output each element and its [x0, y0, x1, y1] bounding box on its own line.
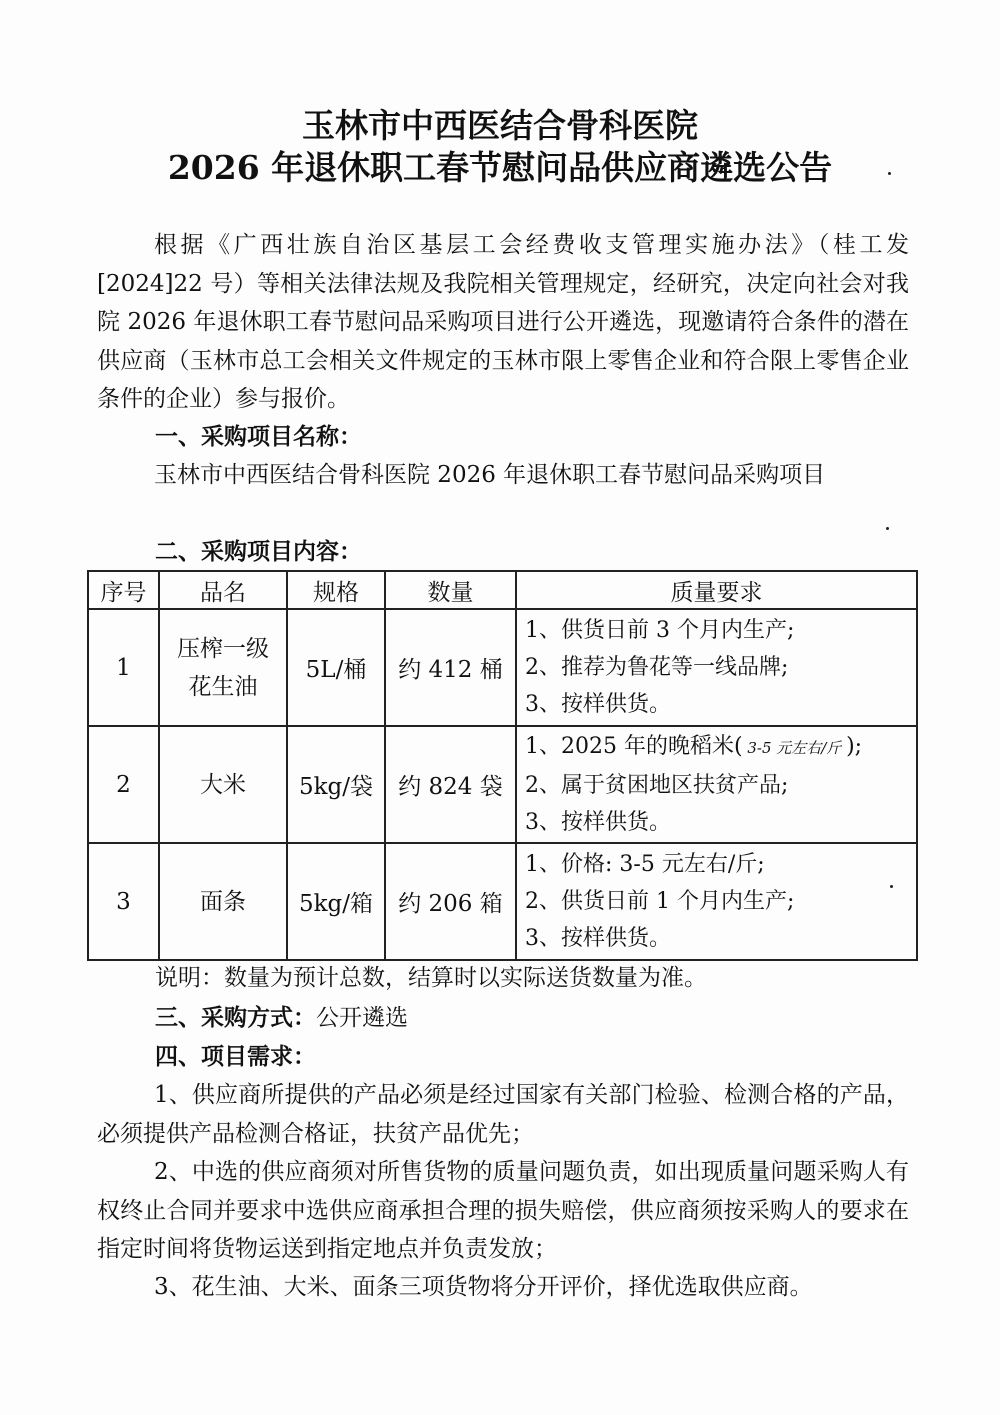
cell-name-line1: 压榨一级: [160, 630, 286, 668]
cell-no: 3: [88, 843, 159, 960]
section3: 三、采购方式：公开遴选: [155, 999, 408, 1037]
cell-name: 大米: [159, 726, 287, 843]
document-title-line1: 玉林市中西医结合骨科医院: [0, 100, 1000, 147]
cell-qty: 约 206 箱: [385, 843, 516, 960]
requirement-item: 1、价格: 3-5 元左右/斤;: [525, 846, 916, 883]
scan-speck: [890, 885, 893, 888]
cell-name: 面条: [159, 843, 287, 960]
document-page: 玉林市中西医结合骨科医院 2026 年退休职工春节慰问品供应商遴选公告 根据《广…: [0, 0, 1000, 1415]
requirement-paragraph-2: 2、中选的供应商须对所售货物的质量问题负责，如出现质量问题采购人有权终止合同并要…: [97, 1153, 909, 1269]
table-note: 说明：数量为预计总数，结算时以实际送货数量为准。: [155, 959, 707, 997]
cell-name: 压榨一级 花生油: [159, 609, 287, 726]
requirement-text-end: );: [846, 734, 862, 759]
cell-spec: 5kg/箱: [287, 843, 385, 960]
requirement-item: 2、供货日前 1 个月内生产;: [525, 883, 916, 920]
col-header-spec: 规格: [287, 571, 385, 609]
table-header-row: 序号 品名 规格 数量 质量要求: [88, 571, 917, 609]
cell-no: 2: [88, 726, 159, 843]
cell-requirements: 1、供货日前 3 个月内生产; 2、推荐为鲁花等一线品牌; 3、按样供货。: [516, 609, 917, 726]
document-title-line2: 2026 年退休职工春节慰问品供应商遴选公告: [0, 142, 1000, 189]
section1-body: 玉林市中西医结合骨科医院 2026 年退休职工春节慰问品采购项目: [97, 456, 909, 495]
requirement-item: 2、属于贫困地区扶贫产品;: [525, 767, 916, 804]
requirement-item: 3、按样供货。: [525, 804, 916, 841]
col-header-requirements: 质量要求: [516, 571, 917, 609]
section3-value: 公开遴选: [316, 1005, 408, 1031]
col-header-name: 品名: [159, 571, 287, 609]
requirement-price-note: 3-5 元左右/斤: [743, 739, 847, 757]
requirement-paragraph-1: 1、供应商所提供的产品必须是经过国家有关部门检验、检测合格的产品，必须提供产品检…: [97, 1076, 909, 1153]
requirement-text: 1、2025 年的晚稻米(: [525, 734, 743, 759]
table-row: 3 面条 5kg/箱 约 206 箱 1、价格: 3-5 元左右/斤; 2、供货…: [88, 843, 917, 960]
requirement-item: 1、供货日前 3 个月内生产;: [525, 612, 916, 649]
cell-spec: 5L/桶: [287, 609, 385, 726]
section1-heading: 一、采购项目名称：: [155, 418, 362, 456]
requirement-item: 3、按样供货。: [525, 686, 916, 723]
cell-qty: 约 412 桶: [385, 609, 516, 726]
cell-qty: 约 824 袋: [385, 726, 516, 843]
cell-name-line2: 花生油: [160, 668, 286, 706]
requirement-item: 1、2025 年的晚稻米( 3-5 元左右/斤 );: [525, 728, 916, 767]
col-header-qty: 数量: [385, 571, 516, 609]
requirement-item: 3、按样供货。: [525, 920, 916, 957]
table-row: 2 大米 5kg/袋 约 824 袋 1、2025 年的晚稻米( 3-5 元左右…: [88, 726, 917, 843]
requirement-item: 2、推荐为鲁花等一线品牌;: [525, 649, 916, 686]
requirement-paragraph-3: 3、花生油、大米、面条三项货物将分开评价，择优选取供应商。: [97, 1268, 909, 1307]
scan-speck: [888, 172, 891, 175]
section3-heading: 三、采购方式：: [155, 1005, 316, 1031]
cell-requirements: 1、价格: 3-5 元左右/斤; 2、供货日前 1 个月内生产; 3、按样供货。: [516, 843, 917, 960]
cell-spec: 5kg/袋: [287, 726, 385, 843]
section2-heading: 二、采购项目内容：: [155, 533, 362, 571]
items-table: 序号 品名 规格 数量 质量要求 1 压榨一级 花生油 5L/桶 约 412 桶…: [87, 570, 918, 961]
cell-no: 1: [88, 609, 159, 726]
cell-requirements: 1、2025 年的晚稻米( 3-5 元左右/斤 ); 2、属于贫困地区扶贫产品;…: [516, 726, 917, 843]
table-row: 1 压榨一级 花生油 5L/桶 约 412 桶 1、供货日前 3 个月内生产; …: [88, 609, 917, 726]
intro-paragraph: 根据《广西壮族自治区基层工会经费收支管理实施办法》（桂工发[2024]22 号）…: [97, 226, 909, 419]
section4-heading: 四、项目需求：: [155, 1038, 316, 1076]
col-header-no: 序号: [88, 571, 159, 609]
scan-speck: [886, 527, 889, 530]
